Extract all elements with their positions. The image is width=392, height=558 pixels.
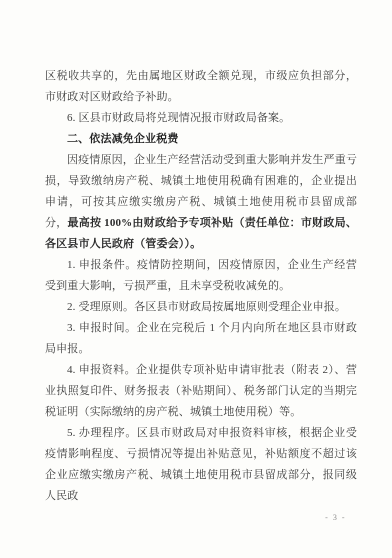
list-item-3: 3. 申报时间。企业在完税后 1 个月内向所在地区县市财政局申报。 xyxy=(45,318,357,360)
document-page: 区税收共享的，先由属地区财政全额兑现，市级应负担部分，市财政对区财政给予补助。 … xyxy=(0,0,392,558)
list-item-2: 2. 受理原则。各区县市财政局按属地原则受理企业申报。 xyxy=(45,297,357,318)
document-body: 区税收共享的，先由属地区财政全额兑现，市级应负担部分，市财政对区财政给予补助。 … xyxy=(45,66,357,507)
list-item-1: 1. 申报条件。疫情防控期间，因疫情原因，企业生产经营受到重大影响，亏损严重，且… xyxy=(45,255,357,297)
list-item-4: 4. 申报资料。企业提供专项补贴申请审批表（附表 2）、营业执照复印件、财务报表… xyxy=(45,360,357,423)
list-item-5: 5. 办理程序。区县市财政局对申报资料审核，根据企业受疫情影响程度、亏损情况等提… xyxy=(45,423,357,507)
section-heading: 二、依法减免企业税费 xyxy=(45,129,357,150)
paragraph-continuation: 区税收共享的，先由属地区财政全额兑现，市级应负担部分，市财政对区财政给予补助。 xyxy=(45,66,357,108)
list-item-6: 6. 区县市财政局将兑现情况报市财政局备案。 xyxy=(45,108,357,129)
intro-bold-text: 最高按 100%由财政给予专项补贴（责任单位：市财政局、各区县市人民政府（管委会… xyxy=(45,217,357,250)
paragraph-intro: 因疫情原因，企业生产经营活动受到重大影响并发生严重亏损，导致缴纳房产税、城镇土地… xyxy=(45,150,357,255)
page-number: - 3 - xyxy=(325,513,346,522)
